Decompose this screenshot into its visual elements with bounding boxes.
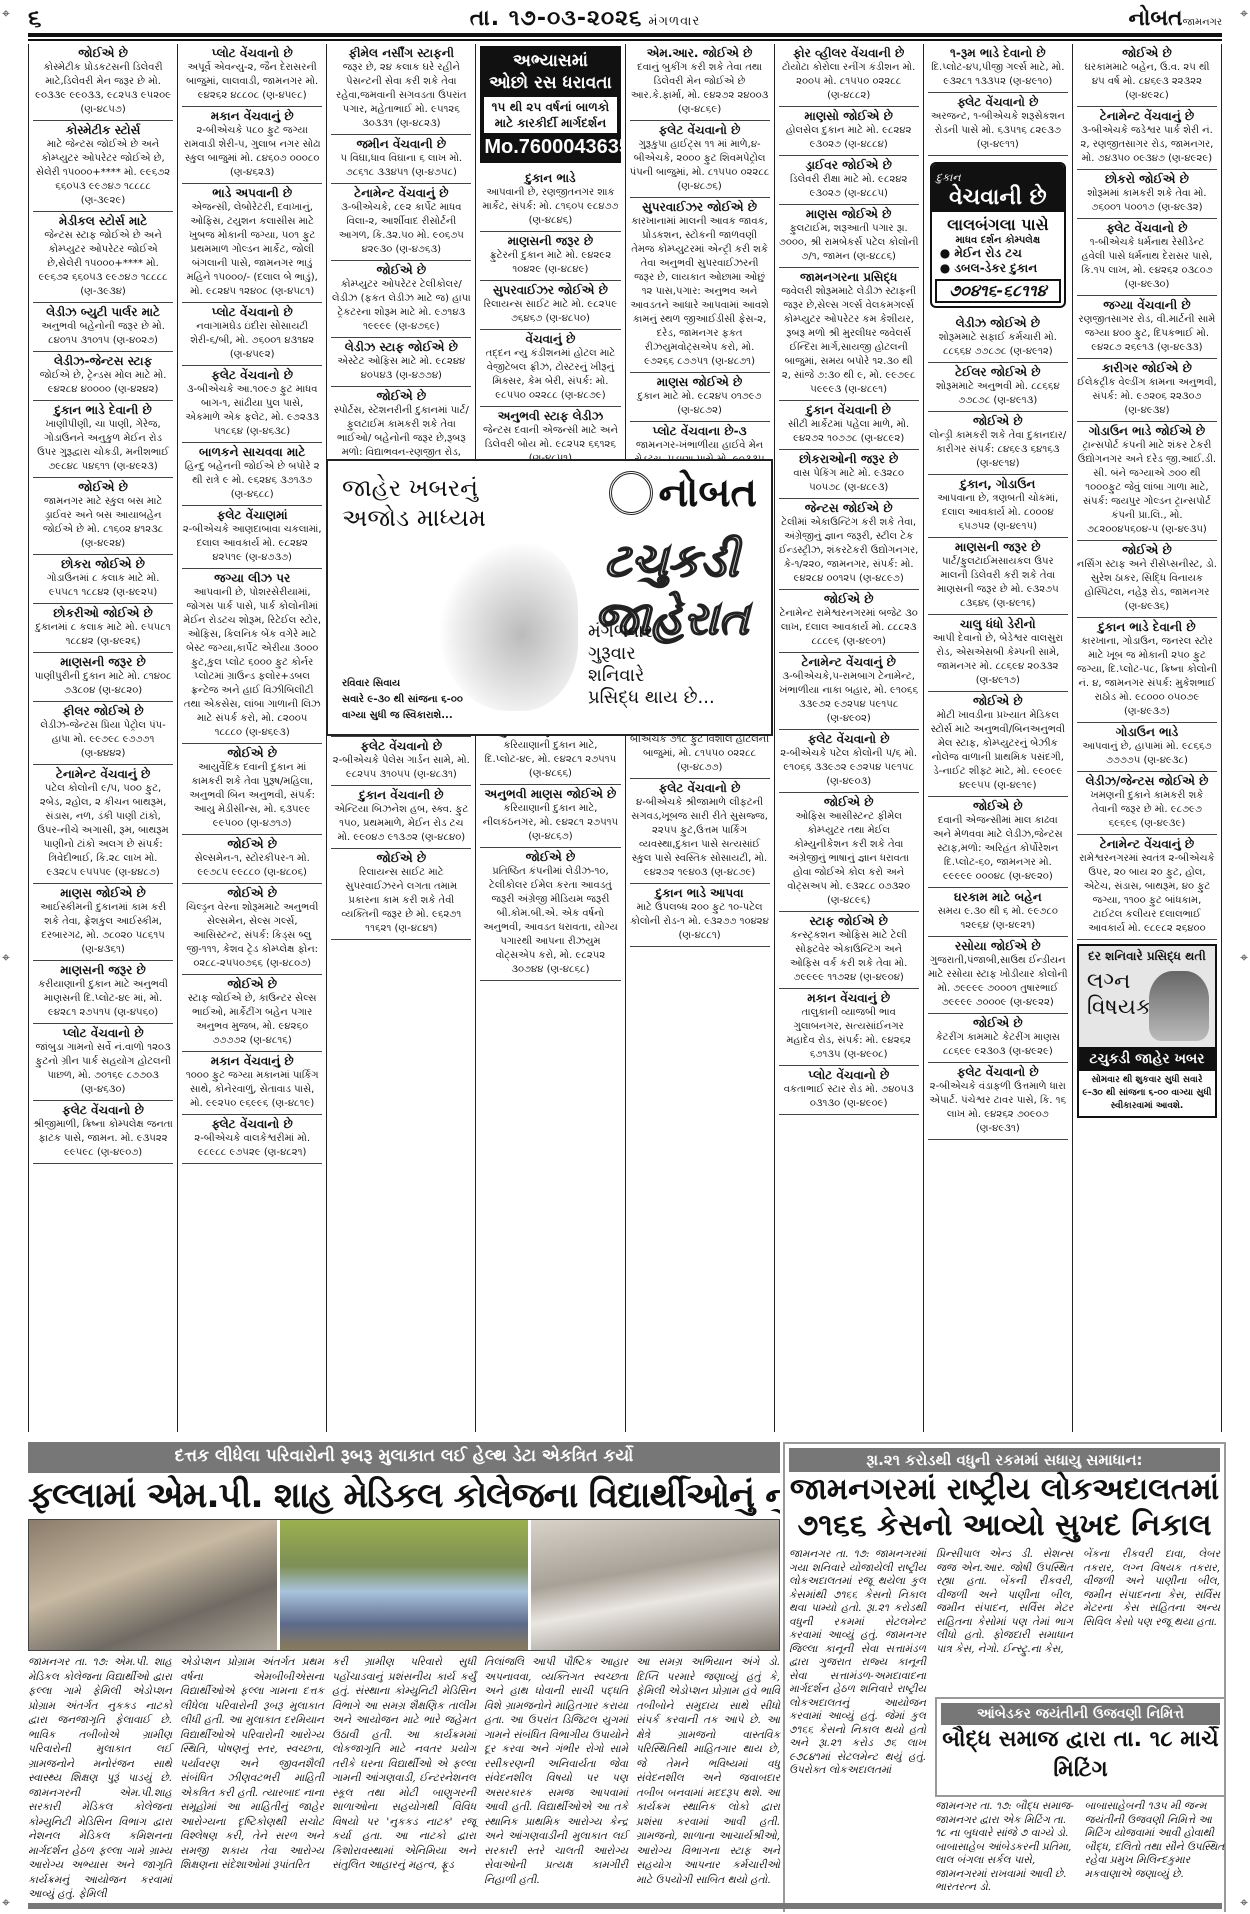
- ad-title: છોકરીઓ જોઈએ છે: [33, 606, 173, 621]
- classified-ad: જોઈએ છેઓફિસ આસીસ્ટન્ટ ફીમેલ કોમ્પ્યુટર ત…: [779, 793, 919, 912]
- ad-body: માટે ઉપલબ્ધ ૨૦૦ ફુટ ૧૦-પટેલ કોલોની રોડ-૧…: [630, 901, 770, 943]
- ad-title: દુકાન ભાડે આપવા: [630, 886, 770, 901]
- ad-body: વકતાભાઈ સ્ટાર રોડ મો. ૭૪૦૫૩ ૦૩૧૩૦ (ણ-૪૯૦…: [779, 1083, 919, 1111]
- ad-title: ફીમેલ નર્સીંગ સ્ટાફની: [331, 46, 471, 61]
- ad-body: શોરૂમમાટે અનુભવી મો. ૮૮૬૬૪ ૭૭૮૭૮ (ણ-૪૯૧૩…: [928, 380, 1068, 408]
- story-kicker: રૂા.૨૧ કરોડથી વધુની રકમમાં સધાયુ સમાધાન:: [789, 1448, 1220, 1472]
- ad-body: ૩-બીએચકે જડેશ્વર પાર્ક શેરી નં. ૨, રણજીત…: [1077, 124, 1217, 166]
- classified-ad: માણસ જોઈએ છેઆઈસ્કીમની દુકાનમાં કામ કરી શ…: [33, 884, 173, 961]
- ad-body: ૩-બીએચકે,૫-રામબાગ ટેનામેન્ટ, ખંભાળીયા ના…: [779, 670, 919, 726]
- ad-body: જરૂર છે, ૨૪ કલાક ઘરે રહીને પેસન્ટની સેવા…: [331, 61, 471, 131]
- ad-body: ચિલ્ડ્રન વેરના શોરૂમમાટે અનુભવી સેલ્સમેન…: [182, 901, 322, 971]
- ad-body: આયુર્વેદિક દવાની દુકાન માં કામકરી શકે તે…: [182, 761, 322, 831]
- classified-ad: મેડીકલ સ્ટોર્સ માટેજેન્ટસ સ્ટાફ જોઈએ છે …: [33, 212, 173, 303]
- ad-body: તદ્દન ન્યુ કંડીશનમાં હોટલ માટે વેજીટેબલ …: [480, 347, 620, 403]
- registration-mark-icon: ⌖: [1240, 950, 1248, 966]
- ad-body: જવેલરી શોરૂમમાટે લેડીઝ સ્ટાફની જરૂર છે,સ…: [779, 285, 919, 397]
- ad-body: રિલાયન્સ સાઈટ માટે મો. ૯૮૨૫૯ ૭૬૪૬૭ (ણ-૪૮…: [480, 298, 620, 326]
- ad-body: માટે જેન્ટસ જોઈએ છે અને કોમ્પ્યુટર ઓપરેટ…: [33, 138, 173, 208]
- ad-body: પ્રતિષ્ઠિત કંપનીમાં લેડીઝ-૧૦, ટેલીકોલર ઈ…: [480, 865, 620, 977]
- classified-ad: માણસની જરૂર છેકરીયાણાની દુકાન માટે અનુભવ…: [33, 961, 173, 1024]
- classified-ad: જોઈએ છેકોસ્મેટીક પ્રોડકટસની ડિલેવરી માટે…: [33, 44, 173, 121]
- ad-title: માણસો જોઈએ છે: [779, 109, 919, 124]
- ad-body: ટ્રાન્સપોર્ટ કંપની માટે શંકર ટેકરી ઉદ્યો…: [1077, 439, 1217, 537]
- classified-ad: ટેનામેન્ટ વેંચવાનું છે૩-બીએચકે,૫-રામબાગ …: [779, 653, 919, 730]
- ad-body: હિન્દુ બહેનની જોઈએ છે બપોરે ૨ થી રાત્રે …: [182, 460, 322, 502]
- ad-body: ૪-બીએચકે શ્રીજામાળે લીફટની સગવડ,ખૂબજ સાર…: [630, 796, 770, 880]
- ad-body: લોન્ડ્રી કામકરી શકે તેવા દુકાનદાર/કારીગર…: [928, 429, 1068, 471]
- classified-ad: જોઈએ છેરિલાયન્સ સાઈટ માટે સુપરવાઈઝરને લગ…: [331, 849, 471, 940]
- ad-title: માણસની જરૂર છે: [480, 234, 620, 249]
- ad-body: સ્ટાફ જોઈએ છે, કાઉન્ટર સેલ્સ ભાઈઓ, માર્ક…: [182, 992, 322, 1048]
- classified-ad: મકાન વેંચવાનું છે૨-બીએચકે ૫૮૦ ફુટ જગ્યા …: [182, 107, 322, 184]
- classified-ad: ટેનામેન્ટ વેંચવાનું છેરામેશ્વરનગરમાં સ્વ…: [1077, 835, 1217, 940]
- ad-body: ૨-બીએચકે વંડાફળી ઉત્તમાળે ધારા એપાર્ટ. પ…: [928, 1080, 1068, 1136]
- issue-date: તા. ૧૭-૦૩-૨૦૨૬મંગળવાર: [470, 6, 700, 31]
- ad-body: ઘરકામમાટે બહેન, ઉ.વ. ૨૫ થી ૪૫ વર્ષ મો. ૮…: [1077, 61, 1217, 103]
- classified-ad: પ્લોટ વેંચવાનો છેઅપૂર્વ એવન્યુ-૨, જૈન દે…: [182, 44, 322, 107]
- ad-title: જોઈએ છે: [331, 389, 471, 404]
- ad-title: મકાન વેંચવાનું છે: [182, 1054, 322, 1069]
- ad-title: જોઈએ છે: [33, 480, 173, 495]
- ad-body: આપી દેવાનો છે, બેડેશ્વર વાલસુરા રોડ, એસએ…: [928, 632, 1068, 688]
- classified-ad: દુકાન વેંચવાની છેસીટી માર્કેટમાં પહેલા મ…: [779, 401, 919, 450]
- ad-body: ગુરૂકુપા હાઈટ્સ ૧૧ માં માળે,૪-બીએચકે, ૨૦…: [630, 138, 770, 194]
- classified-ad: જોઈએ છેનર્સિંગ સ્ટાફ અને રીસેપ્સનીસ્ટ, ડ…: [1077, 541, 1217, 618]
- ad-title: લેડીઝ સ્ટાફ જોઈએ છે: [331, 340, 471, 355]
- ad-title: જોઈએ છે: [1077, 46, 1217, 61]
- ad-body: દવાનું બુકીંગ કરી શકે તેવા તથા ડિલેવરી મ…: [630, 61, 770, 117]
- ad-title: જોઈએ છે: [331, 851, 471, 866]
- ad-title: સુપરવાઈઝર જોઈએ છે: [480, 283, 620, 298]
- ad-title: માણસની જરૂર છે: [928, 540, 1068, 555]
- classified-ad: ભાડે અપવાની છેએજન્સી, લેબોરેટરી, દવાખાનુ…: [182, 184, 322, 303]
- classified-ad: જામનગરના પ્રસિદ્ધજવેલરી શોરૂમમાટે લેડીઝ …: [779, 268, 919, 401]
- ad-title: દુકાન ભાડે: [480, 171, 620, 186]
- ad-title: જોઈએ છે: [928, 694, 1068, 709]
- classified-ad: ફલેટ વેંચવાનો છે૨-બીએચકે પટેલ કોલોની ૫/૬…: [779, 730, 919, 793]
- ad-body: ટેલીમાં એકાઉન્ટિંગ કરી શકે તેવા, અંગ્રેજ…: [779, 516, 919, 586]
- ad-body: સીટી માર્કેટમાં પહેલા માળે, મો. ૯૪૨૭૨ ૧૦…: [779, 418, 919, 446]
- ad-body: જામનગર માટે સ્કુલ બસ માટે ડ્રાઈવર અને બસ…: [33, 495, 173, 551]
- ad-title: જોઈએ છે: [779, 795, 919, 810]
- ad-title: જમીન વેંચવાની છે: [331, 137, 471, 152]
- ad-body: દુકાન માટે મો. ૯૮૨૪૫ ૦૧૭૯૭ (ણ-૪૮૭૨): [630, 390, 770, 418]
- classified-ad: માણસ જોઈએ છેદુકાન માટે મો. ૯૮૨૪૫ ૦૧૭૯૭ (…: [630, 373, 770, 422]
- classified-column: પ્લોટ વેંચવાનો છેઅપૂર્વ એવન્યુ-૨, જૈન દે…: [178, 44, 327, 1432]
- ad-title: કોસ્મેટીક સ્ટોર્સ: [33, 123, 173, 138]
- ad-title: ચાલુ ધંધો ડેરીનો: [928, 617, 1068, 632]
- ad-body: ૧૦૦૦ ફુટ જગ્યા મકાનમાં પાર્કિંગ સાથે, કો…: [182, 1069, 322, 1111]
- photo-students-group: [280, 1520, 528, 1650]
- ad-title: લેડીઝ બ્યુટી પાર્લર માટે: [33, 305, 173, 320]
- classified-ad: માણસ જોઈએ છેફુલટાઈમ, શરૂઆતી પગાર રૂા. ૭૦…: [779, 205, 919, 268]
- ad-title: ઘરકામ માટે બહેન: [928, 890, 1068, 905]
- classified-ad: ટેનામેન્ટ વેંચવાનું છે૩-બીએચકે જડેશ્વર પ…: [1077, 107, 1217, 170]
- ad-body: દુકાનમાં ૮ કલાક માટે મો. ૯૫૫૮૧ ૧૮૮૪૨ (ણ-…: [33, 621, 173, 649]
- story-headline: જામનગરમાં રાષ્ટ્રીય લોકઅદાલતમાં ૭૧૬૬ કેસ…: [789, 1472, 1220, 1544]
- ad-title: મકાન વેંચવાનું છે: [182, 109, 322, 124]
- ad-body: દવાની એજન્સીમાં માલ કાઢવા અને મેળવવા માટ…: [928, 814, 1068, 884]
- photo-home-visit: [29, 1520, 277, 1650]
- classified-ad: ટેનામેન્ટ વેંચવાનું છેપટેલ કોલોની ૯/૫, ૫…: [33, 765, 173, 884]
- classified-ad: ચાલુ ધંધો ડેરીનોઆપી દેવાનો છે, બેડેશ્વર …: [928, 615, 1068, 692]
- ad-title: રસોયા જોઈએ છે: [928, 939, 1068, 954]
- ad-body: ટેનામેન્ટ રામેશ્વરનગરમાં બજેટ ૩૦ લાખ, દલ…: [779, 607, 919, 649]
- ad-title: ટેનામેન્ટ વેંચવાનું છે: [779, 655, 919, 670]
- classified-ad: દુકાન ભાડેઆપવાની છે, રણજીતનગર શાક માર્કે…: [480, 169, 620, 232]
- story-headline: બૌદ્ધ સમાજ દ્વારા તા. ૧૮ માર્ચે મિટિંગ: [941, 1725, 1220, 1785]
- ad-body: નર્સિંગ સ્ટાફ અને રીસેપ્સનીસ્ટ, ડો. સુરે…: [1077, 558, 1217, 614]
- banner-tagline: જાહેર ખબરનું અજોડ માધ્યમ: [342, 473, 486, 533]
- classified-ad: છોકરીઓ જોઈએ છેદુકાનમાં ૮ કલાક માટે મો. ૯…: [33, 604, 173, 653]
- classified-ad: ડ્રાઈવર જોઈએ છેડિલેવરી રીક્ષા માટે મો. ૯…: [779, 156, 919, 205]
- classified-ad: માણસની જરૂર છેપાર્ટ/ફુલટાઈમસાયકલ ઉપર માલ…: [928, 538, 1068, 615]
- story-photos: [28, 1519, 780, 1651]
- classified-ad: લેડીઝ-જેન્ટસ સ્ટાફજોઈએ છે, ટ્રેન્ડસ મોલ …: [33, 352, 173, 401]
- ad-body: ફ્રુટેરની દુકાન માટે મો. ૯૪૨૯૨ ૧૦૪૨૯ (ણ-…: [480, 249, 620, 277]
- ad-body: આઈસ્કીમની દુકાનમાં કામ કરી શકે તેવા, ફ્ર…: [33, 901, 173, 957]
- classified-ad: લેડીઝ જોઈએ છેશોરૂમમાટે સફાઈ કર્મચારી મો.…: [928, 314, 1068, 363]
- ad-title: અનુભવી સ્ટાફ લેડીઝ: [480, 409, 620, 424]
- ad-body: ડિલેવરી રીક્ષા માટે મો. ૯૮૨૪૨ ૯૩૦૨૭ (ણ-૪…: [779, 173, 919, 201]
- career-ad-phone: Mo.7600043635: [484, 136, 616, 159]
- ad-body: સેલ્સમેન-૧, સ્ટોરકીપર-૧ મો. ૯૯૭૮૫ ૯૯૮૮૦ …: [182, 852, 322, 880]
- ad-body: કરિયાણાની દુકાન માટે, દિ.પ્લોટ-૪૯, મો. ૯…: [480, 739, 620, 781]
- classified-ad: વેંચવાનું છેતદ્દન ન્યુ કંડીશનમાં હોટલ મા…: [480, 330, 620, 407]
- ad-title: જોઈએ છે: [182, 886, 322, 901]
- ad-body: ૩-બીએચકે, ૮૯૨ કાર્પેટ માધવ વિલા-૨, આર્શી…: [331, 201, 471, 257]
- story-ambedkar-meeting: આંબેડકર જયંતીની ઉજવણી નિમિત્તે બૌદ્ધ સમા…: [935, 1697, 1226, 1797]
- ad-title: ફલેટ વેંચવાનો છે: [630, 781, 770, 796]
- ad-body: અપૂર્વ એવન્યુ-૨, જૈન દેરાસરની બાજુમાં, લ…: [182, 61, 322, 103]
- ad-title: ડ્રાઈવર જોઈએ છે: [779, 158, 919, 173]
- ad-title: દુકાન વેંચવાની છે: [779, 403, 919, 418]
- ad-body: પટેલ કોલોની ૯/૫, ૫૦૦ ફુટ, ૨બેડ, ૨હોલ, ૨ …: [33, 782, 173, 880]
- ad-body: ૨-બીએચકે વાલકેશ્વરીમાં મો. ૯૮૯૮૮ ૯૭૫૨૯ (…: [182, 1132, 322, 1160]
- ad-title: જામનગરના પ્રસિદ્ધ: [779, 270, 919, 285]
- ad-title: પ્લોટ વેંચવાનો છે: [182, 46, 322, 61]
- ad-body: કરિયાણાની દુકાન માટે, નીલકંઠનગર, મો. ૯૪૨…: [480, 802, 620, 844]
- classified-ad: દુકાન ભાડે આપવામાટે ઉપલબ્ધ ૨૦૦ ફુટ ૧૦-પટ…: [630, 884, 770, 947]
- ad-title: ટેનામેન્ટ વેંચવાનું છે: [1077, 109, 1217, 124]
- ad-title: દુકાન વેંચવાની છે: [331, 788, 471, 803]
- photo-awareness-poster: [531, 1520, 779, 1650]
- ad-body: નવાગામઘેડ ઇંદીરા સોસાયટી શેરી-૬/બી, મો. …: [182, 320, 322, 362]
- newspaper-logo: નોબતજામનગર: [1129, 5, 1223, 31]
- registration-mark-icon: ⌖: [2, 1895, 10, 1911]
- classifieds-grid: જોઈએ છેકોસ્મેટીક પ્રોડકટસની ડિલેવરી માટે…: [28, 44, 1222, 1432]
- classified-ad: રસોયા જોઈએ છેગુજરાતી,પંજાબી,સાઉથ ઈન્ડીયન…: [928, 937, 1068, 1014]
- ad-title: પ્લોટ વેંચવાનો છે: [33, 1026, 173, 1041]
- ad-title: માણસની જરૂર છે: [33, 963, 173, 978]
- classified-ad: સુપરવાઈઝર જોઈએ છેરિલાયન્સ સાઈટ માટે મો. …: [480, 281, 620, 330]
- ad-body: કારખાનામાં માલની આવક જાવક, પ્રોડકશન, સ્ટ…: [630, 215, 770, 369]
- classified-ad: જોઈએ છેપ્રતિષ્ઠિત કંપનીમાં લેડીઝ-૧૦, ટેલ…: [480, 848, 620, 981]
- classified-ad: દુકાન ભાડે દેવાની છેખાણીપીણી, ચા પાણી, ગ…: [33, 401, 173, 478]
- ad-body: તાલુકાની વ્યાજબી ભાવ ગુલાબનગર, સત્યસાંઈન…: [779, 1006, 919, 1062]
- bullet-icon: ● ડબલ-ડેકર દુકાન: [940, 261, 1064, 276]
- ad-body: ફુલટાઈમ, શરૂઆતી પગાર રૂા. ૭૦૦૦, શ્રી રામ…: [779, 222, 919, 264]
- ad-title: માણસ જોઈએ છે: [630, 375, 770, 390]
- classified-ad: જમીન વેંચવાની છે૫ વિઘા,ધાવ વિઘાના ૬ લાખ …: [331, 135, 471, 184]
- ad-title: ફ્લેટ વેંચવાનો છે: [928, 95, 1068, 110]
- classified-ad: જોઈએ છેકોમ્પ્યુટર ઓપરેટર ટેલીકોલર/લેડીઝ …: [331, 261, 471, 338]
- registration-mark-icon: ⌖: [2, 950, 10, 966]
- classified-ad: ફલેટ વેંચવાનો છે૨-બીએચકે વંડાફળી ઉત્તમાળ…: [928, 1063, 1068, 1140]
- classified-ad: જગ્યા વેંચવાની છેરણજીતસાગર રોડ, વી.માર્ટ…: [1077, 296, 1217, 359]
- ad-body: પાણીપુરીની દુકાન માટે મો. ૮૧૪૦૮ ૭૩૮૦૪ (ણ…: [33, 670, 173, 698]
- classified-ad: લેડીઝ/જેન્ટસ જોઈએ છેખમણની દુકાને કામકરી …: [1077, 772, 1217, 835]
- classified-ad: છોકરો જોઈએ છેશોરૂમમાં કામકરી શકે તેવા મો…: [1077, 170, 1217, 219]
- ad-title: દુકાન, ગોડાઉન: [928, 477, 1068, 492]
- classified-ad: માણસો જોઈએ છેહોલસેલ દુકાન માટે મો. ૯૮૨૪૨…: [779, 107, 919, 156]
- ad-title: માણસ જોઈએ છે: [33, 886, 173, 901]
- ad-title: ગોડાઉન ભાડે જોઈએ છે: [1077, 424, 1217, 439]
- classified-ad: છોકરાઓની જરૂર છેવાસ પેકિંગ માટે મો. ૯૩૨૮…: [779, 450, 919, 499]
- classified-ad: ટેનામેન્ટ વેંચવાનું છે૩-બીએચકે, ૮૯૨ કાર્…: [331, 184, 471, 261]
- classified-column: જોઈએ છેઘરકામમાટે બહેન, ઉ.વ. ૨૫ થી ૪૫ વર્…: [1073, 44, 1222, 1432]
- classified-ad: જોઈએ છેઘરકામમાટે બહેન, ઉ.વ. ૨૫ થી ૪૫ વર્…: [1077, 44, 1217, 107]
- ad-body: કેટરીંગ કામમાટે કેટરીંગ માણસ ૮૮૬૯૯ ૯૨૩૦૩…: [928, 1031, 1068, 1059]
- classified-ad: જગ્યા લીઝ પરઆપવાની છે, પોશરસેરીયામાં, જો…: [182, 569, 322, 744]
- ad-title: ફલેટ વેંચવાનો છે: [928, 1065, 1068, 1080]
- banner-logo: નોબત: [609, 469, 757, 516]
- ad-title: માણસની જરૂર છે: [33, 655, 173, 670]
- ad-body: હોલસેલ દુકાન માટે મો. ૯૮૨૪૨ ૯૩૦૨૭ (ણ-૪૮૮…: [779, 124, 919, 152]
- ad-title: ફલેટ વેંચાણમાં: [182, 508, 322, 523]
- classified-column: ૧-રૂમ ભાડે દેવાનો છેદિ.પ્લોટ-૪૫,પીજી ગર્…: [924, 44, 1073, 1432]
- ad-title: ફલેટ વેંચવાનો છે: [331, 739, 471, 754]
- ad-title: બાળકને સાચવવા માટે: [182, 445, 322, 460]
- classified-ad: ફલેટ વેંચવાનો છેગુરૂકુપા હાઈટ્સ ૧૧ માં મ…: [630, 121, 770, 198]
- shop-for-sale-ad: દુકાનવેચવાની છેલાલબંગલા પાસેમાધવ દર્શન ક…: [930, 162, 1066, 308]
- ad-body: વાસ પેકિંગ માટે મો. ૯૩૨૮૦ ૫૦૫૭૮ (ણ-૪૮૯૩): [779, 467, 919, 495]
- classified-ad: જોઈએ છેસ્ટાફ જોઈએ છે, કાઉન્ટર સેલ્સ ભાઈઓ…: [182, 975, 322, 1052]
- ad-title: ફ્લેટ વેંચવાનો છે: [1077, 221, 1217, 236]
- registration-mark-icon: ⌖: [1240, 6, 1248, 22]
- registration-mark-icon: ⌖: [2, 6, 10, 22]
- ad-title: ફોર વ્હીલર વેંચવાની છે: [779, 46, 919, 61]
- ad-body: રિલાયન્સ સાઈટ માટે સુપરવાઈઝરને લગતા તમામ…: [331, 866, 471, 936]
- ad-title: છોકરાઓની જરૂર છે: [779, 452, 919, 467]
- city-label: જામનગર: [1183, 17, 1222, 28]
- ad-title: જગ્યા લીઝ પર: [182, 571, 322, 586]
- ad-title: ફ્લેટ વેંચવાનો છે: [182, 1117, 322, 1132]
- ad-body: શ્રીજીમાળી, ક્રિષ્ના કોમ્પલેક્ષ જનતા ફાટ…: [33, 1118, 173, 1160]
- drummer-emblem-icon: [609, 471, 653, 515]
- classified-ad: માણસની જરૂર છેપાણીપુરીની દુકાન માટે મો. …: [33, 653, 173, 702]
- classified-ad: જોઈએ છેલોન્ડ્રી કામકરી શકે તેવા દુકાનદાર…: [928, 412, 1068, 475]
- ad-body: એસ્ટેટ ઓફિસ માટે મો. ૯૮૨૪૪ ૪૦૫૪૩ (ણ-૪૭૭૪…: [331, 355, 471, 383]
- publication-days: મંગળવાર ગુરૂવાર શનિવારે પ્રસિદ્ધ થાય છે.…: [588, 621, 715, 709]
- ad-title: છોકરા જોઈએ છે: [33, 557, 173, 572]
- story-headline: ફલ્લામાં એમ.પી. શાહ મેડિકલ કોલેજના વિદ્ય…: [28, 1473, 780, 1519]
- classified-ad: અનુભવી માણસ જોઈએ છેકરિયાણાની દુકાન માટે,…: [480, 785, 620, 848]
- ad-body: શોરૂમમાં કામકરી શકે તેવા મો. ૭૬૦૦૧ ૫૦૦૧૭…: [1077, 187, 1217, 215]
- classified-ad: પ્લોટ વેંચવાનો છેવકતાભાઈ સ્ટાર રોડ મો. ૭…: [779, 1066, 919, 1115]
- ad-title: લેડીઝ-જેન્ટસ સ્ટાફ: [33, 354, 173, 369]
- classified-ad: સુપરવાઈઝર જોઈએ છેકારખાનામાં માલની આવક જા…: [630, 198, 770, 373]
- ad-title: મકાન વેંચવાનું છે: [779, 991, 919, 1006]
- ad-title: ટેનામેન્ટ વેંચવાનું છે: [1077, 837, 1217, 852]
- masthead: ૬ તા. ૧૭-૦૩-૨૦૨૬મંગળવાર નોબતજામનગર: [28, 4, 1222, 32]
- ad-body: ૨-બીએચકે પટેલ કોલોની ૫/૬ મો. ૯૧૦૬૬ ૩૩૯૭૨…: [779, 747, 919, 789]
- classified-ad: ફ્લેટ વેંચવાનો છે૨-બીએચકે વાલકેશ્વરીમાં …: [182, 1115, 322, 1164]
- ad-body: રણજીતસાગર રોડ, વી.માર્ટની સામે જગ્યા ૪૦૦…: [1077, 313, 1217, 355]
- ad-title: જોઈએ છે: [779, 592, 919, 607]
- story-body: જામનગર તા. ૧૭: એમ.પી. શાહ મેડિકલ કોલેજના…: [28, 1651, 780, 1902]
- ad-title: જોઈએ છે: [928, 799, 1068, 814]
- ad-body: જાંબુડા ગામનો સર્વે નં.વાળો ૧૨૦૩ ફુટનો ગ…: [33, 1041, 173, 1097]
- ad-body: ખાણીપીણી, ચા પાણી, ગેરેજ, ગોડાઉનને અનુકુ…: [33, 418, 173, 474]
- classified-ad: જોઈએ છેટેનામેન્ટ રામેશ્વરનગરમાં બજેટ ૩૦ …: [779, 590, 919, 653]
- ad-body: ૨-બીએચકે આણદાબાવા ચકલામાં, દલાલ આવકાર્ય …: [182, 523, 322, 565]
- classified-ad: ફ્લેટ વેંચવાનો છે૧-બીએચકે ધર્મનાથ રેસીડે…: [1077, 219, 1217, 296]
- ad-title: ફલેટ વેંચવાનો છે: [779, 732, 919, 747]
- registration-mark-icon: ⌖: [1240, 1895, 1248, 1911]
- page-number: ૬: [28, 4, 41, 32]
- ad-title: ૧-રૂમ ભાડે દેવાનો છે: [928, 46, 1068, 61]
- classified-ad: ફ્લેટ વેંચવાનો છેઅરજન્ટ, ૧-બીએચકે શરૂસેક…: [928, 93, 1068, 156]
- classified-ad: જોઈએ છેમોટી ખાવડીના પ્રખ્યાત મેડિકલ સ્ટો…: [928, 692, 1068, 797]
- classified-column: ફોર વ્હીલર વેંચવાની છેટોયોટા કોરોલા રનીં…: [775, 44, 924, 1432]
- classified-column: એમ.આર. જોઈએ છેદવાનું બુકીંગ કરી શકે તેવા…: [626, 44, 775, 1432]
- ad-title: સુપરવાઈઝર જોઈએ છે: [630, 200, 770, 215]
- ad-body: રામેશ્વરનગરમાં સ્વતંત્ર ૨-બીએચકે ઉપર, ૨૦…: [1077, 852, 1217, 936]
- classified-ad: દુકાન, ગોડાઉનઆપવાના છે, ત્રણબતી ચોકમાં, …: [928, 475, 1068, 538]
- ad-body: લેડીઝ-જેન્ટસ પ્રિયા પેટ્રોલ પંપ-હાપા મો.…: [33, 719, 173, 761]
- classified-ad: જોઈએ છેદવાની એજન્સીમાં માલ કાઢવા અને મેળ…: [928, 797, 1068, 888]
- ad-body: દિ.પ્લોટ-૪૫,પીજી ગર્લ્સ માટે, મો. ૯૩૨૮૧ …: [928, 61, 1068, 89]
- ad-title: જોઈએ છે: [182, 977, 322, 992]
- classified-ad: ઘરકામ માટે બહેનસમય ૯.૩૦ થી ૬ મો. ૯૯૭૮૦ ૧…: [928, 888, 1068, 937]
- ad-body: કોસ્મેટીક પ્રોડકટસની ડિલેવરી માટે,ડિલેવર…: [33, 61, 173, 117]
- couple-illustration-icon: [1149, 971, 1209, 1041]
- ad-body: એજન્સી, લેબોરેટરી, દવાખાનું, ઓફિસ, ટયુશન…: [182, 201, 322, 299]
- ad-body: ૨-બીએચકે ૫૮૦ ફુટ જગ્યા રામવાડી શેરી-૫, ગ…: [182, 124, 322, 180]
- classified-ad: માણસની જરૂર છેફ્રુટેરની દુકાન માટે મો. ૯…: [480, 232, 620, 281]
- ad-body: કન્સ્ટ્રકશન ઓફિસ માટે ટેલી સોફ્ટવેર એકાઉ…: [779, 929, 919, 985]
- ad-title: સ્ટાફ જોઈએ છે: [779, 914, 919, 929]
- ad-body: કારખાના, ગોડાઉન, જનરલ સ્ટોર માટે ખૂબ જ મ…: [1077, 635, 1217, 719]
- ad-body: અનુભવી બહેનોની જરૂર છે મો. ૮૪૦૧૫ ૩૧૦૧૫ (…: [33, 320, 173, 348]
- ad-title: એમ.આર. જોઈએ છે: [630, 46, 770, 61]
- ad-body: ઈલેકટ્રીક વેલ્ડીંગ કામના અનુભવી, સંપર્ક:…: [1077, 376, 1217, 418]
- bullet-icon: ● મેઈન રોડ ટચ: [940, 246, 1064, 261]
- classified-ad: દુકાન વેંચવાની છેએન્ટિયા બિઝનેશ હબ, સ્ક્…: [331, 786, 471, 849]
- classified-ad: એમ.આર. જોઈએ છેદવાનું બુકીંગ કરી શકે તેવા…: [630, 44, 770, 121]
- story-kicker: આંબેડકર જયંતીની ઉજવણી નિમિત્તે: [941, 1703, 1220, 1725]
- classified-ad: કારીગર જોઈએ છેઈલેકટ્રીક વેલ્ડીંગ કામના અ…: [1077, 359, 1217, 422]
- matrimonial-classifieds-ad: દર શનિવારે પ્રસિદ્ધ થતીલગ્નવિષયકટચુકડી જ…: [1077, 944, 1217, 1118]
- ad-body: ૧-બીએચકે ધર્મનાથ રેસીડેન્ટ હવેલી પાસે ધર…: [1077, 236, 1217, 292]
- ad-body: ગુજરાતી,પંજાબી,સાઉથ ઈન્ડીયન માટે રસોયા સ…: [928, 954, 1068, 1010]
- classified-ad: જોઈએ છેસેલ્સમેન-૧, સ્ટોરકીપર-૧ મો. ૯૯૭૮૫…: [182, 835, 322, 884]
- ad-title: જોઈએ છે: [331, 263, 471, 278]
- ad-title: ટેનામેન્ટ વેંચવાનું છે: [33, 767, 173, 782]
- ad-title: પ્લોટ વેંચવાનો છે: [779, 1068, 919, 1083]
- ad-title: ફીલર જોઈએ છે: [33, 704, 173, 719]
- masthead-rule: [28, 39, 1222, 41]
- classified-ad: લેડીઝ બ્યુટી પાર્લર માટેઅનુભવી બહેનોની જ…: [33, 303, 173, 352]
- ad-title: પ્લોટ વેંચવાનો છે: [182, 305, 322, 320]
- ad-body: મોટી ખાવડીના પ્રખ્યાત મેડિકલ સ્ટોર્સ માટ…: [928, 709, 1068, 793]
- ad-body: ૩-બીએચકે આ.૧૦૯૭ ફુટ માધવ બાગ-૧, સાંઢીયા …: [182, 383, 322, 439]
- ad-body: ટોયોટા કોરોલા રનીંગ કંડીશન મો. ૨૦૦૫ મો. …: [779, 61, 919, 103]
- ad-body: આપવાની છે, રણજીતનગર શાક માર્કેટ, સંપર્ક:…: [480, 186, 620, 228]
- ad-title: જોઈએ છે: [33, 46, 173, 61]
- ad-body: ૫ વિઘા,ધાવ વિઘાના ૬ લાખ મો. ૭૮૬૧૮ ૩૩૪૫૧ …: [331, 152, 471, 180]
- shop-ad-phone: ૭૦૪૧૬-૬૮૧૧૪: [935, 279, 1061, 303]
- ad-body: કરીયાણાની દુકાન માટે અનુભવી માણસની દિ.પ્…: [33, 978, 173, 1020]
- classified-ad: મકાન વેંચવાનું છેતાલુકાની વ્યાજબી ભાવ ગુ…: [779, 989, 919, 1066]
- classified-ad: બાળકને સાચવવા માટેહિન્દુ બહેનની જોઈએ છે …: [182, 443, 322, 506]
- classified-ad: છોકરા જોઈએ છેગોડાઉનમાં ૮ કલાક માટે મો. ૯…: [33, 555, 173, 604]
- ad-title: જોઈએ છે: [928, 414, 1068, 429]
- classified-column: જોઈએ છેકોસ્મેટીક પ્રોડકટસની ડિલેવરી માટે…: [28, 44, 178, 1432]
- classified-ad: ફીમેલ નર્સીંગ સ્ટાફનીજરૂર છે, ૨૪ કલાક ઘર…: [331, 44, 471, 135]
- ad-body: જેન્ટસ સ્ટાફ જોઈએ છે અને કોમ્પ્યુટર ઓપરે…: [33, 229, 173, 299]
- ad-title: છોકરો જોઈએ છે: [1077, 172, 1217, 187]
- classified-ad: જોઈએ છેકેટરીંગ કામમાટે કેટરીંગ માણસ ૮૮૬૯…: [928, 1014, 1068, 1063]
- classified-ad: ગોડાઉન ભાડેઆપવાનું છે, હાપામાં મો. ૯૮૬૬૭…: [1077, 723, 1217, 772]
- ad-title: પ્લોટ વેંચવાના છે-૩: [630, 424, 770, 439]
- ad-body: ગોડાઉનમાં ૮ કલાક માટે મો. ૯૫૫૮૧ ૧૮૮૪૨ (ણ…: [33, 572, 173, 600]
- ad-title: જગ્યા વેંચવાની છે: [1077, 298, 1217, 313]
- ad-title: ગોડાઉન ભાડે: [1077, 725, 1217, 740]
- classified-ad: ફલેટ વેંચવાનો છે૪-બીએચકે શ્રીજામાળે લીફટ…: [630, 779, 770, 884]
- ad-body: અરજન્ટ, ૧-બીએચકે શરૂસેકશન રોડની પાસે મો.…: [928, 110, 1068, 152]
- ad-title: ટેઈલર જોઈએ છે: [928, 365, 1068, 380]
- ad-body: ૨-બીએચકે પેલેસ ગાર્ડન સામે, મો. ૯૮૨૫૫ ૩૧…: [331, 754, 471, 782]
- classified-ad: દુકાન ભાડે દેવાની છેકારખાના, ગોડાઉન, જનર…: [1077, 618, 1217, 723]
- classified-column: અભ્યાસમાંઓછો રસ ધરાવતા૧૫ થી ૨૫ વર્ષનાં બ…: [476, 44, 625, 1432]
- ad-title: ફલેટ વેંચવાનો છે: [630, 123, 770, 138]
- masthead-rule: [28, 33, 1222, 37]
- ad-title: જેન્ટસ જોઈએ છે: [779, 501, 919, 516]
- ad-body: પાર્ટ/ફુલટાઈમસાયકલ ઉપર માલની ડિલેવરી કરી…: [928, 555, 1068, 611]
- classified-ad: જોઈએ છેચિલ્ડ્રન વેરના શોરૂમમાટે અનુભવી સ…: [182, 884, 322, 975]
- classified-ad: લેડીઝ સ્ટાફ જોઈએ છેએસ્ટેટ ઓફિસ માટે મો. …: [331, 338, 471, 387]
- classified-ad: જોઈએ છેઆયુર્વેદિક દવાની દુકાન માં કામકરી…: [182, 744, 322, 835]
- ad-body: આપવાના છે, ત્રણબતી ચોકમાં, દલાલ આવકાર્ય …: [928, 492, 1068, 534]
- classified-ad: ફીલર જોઈએ છેલેડીઝ-જેન્ટસ પ્રિયા પેટ્રોલ …: [33, 702, 173, 765]
- ad-title: માણસ જોઈએ છે: [779, 207, 919, 222]
- story-kicker: દત્તક લીધેલા પરિવારોની રૂબરૂ મુલાકાત લઈ …: [28, 1442, 780, 1473]
- footer-rule: [28, 1903, 1222, 1909]
- ad-body: ખમણની દુકાને કામકરી શકે તેવાની જરૂર છે મ…: [1077, 789, 1217, 831]
- nobat-classifieds-banner: જાહેર ખબરનું અજોડ માધ્યમ નોબત ટચુકડી જાહ…: [326, 459, 773, 736]
- ad-title: ભાડે અપવાની છે: [182, 186, 322, 201]
- ad-title: જોઈએ છે: [1077, 543, 1217, 558]
- submission-hours: રવિવાર સિવાય સવારે ૯-૩૦ થી સાંજના ૬-૦૦ વ…: [342, 676, 463, 724]
- ad-title: લેડીઝ જોઈએ છે: [928, 316, 1068, 331]
- classified-column: ફીમેલ નર્સીંગ સ્ટાફનીજરૂર છે, ૨૪ કલાક ઘર…: [327, 44, 476, 1432]
- ad-title: જોઈએ છે: [182, 746, 322, 761]
- ad-body: સમય ૯.૩૦ થી ૬ મો. ૯૯૭૮૦ ૧૨૯૬૪ (ણ-૪૯૨૧): [928, 905, 1068, 933]
- ad-body: આપવાની છે, પોશરસેરીયામાં, જોગસ પાર્ક પાસ…: [182, 586, 322, 740]
- ad-title: વેંચવાનું છે: [480, 332, 620, 347]
- classified-ad: કોસ્મેટીક સ્ટોર્સમાટે જેન્ટસ જોઈએ છે અને…: [33, 121, 173, 212]
- ad-title: મેડીકલ સ્ટોર્સ માટે: [33, 214, 173, 229]
- classified-ad: ફલેટ વેંચવાનો છે૨-બીએચકે પેલેસ ગાર્ડન સા…: [331, 737, 471, 786]
- ad-body: આપવાનું છે, હાપામાં મો. ૯૮૬૬૭ ૭૭૭૭૫ (ણ-૪…: [1077, 740, 1217, 768]
- classified-ad: ગોડાઉન ભાડે જોઈએ છેટ્રાન્સપોર્ટ કંપની મા…: [1077, 422, 1217, 541]
- ad-title: જોઈએ છે: [480, 850, 620, 865]
- ad-title: ટેનામેન્ટ વેંચવાનું છે: [331, 186, 471, 201]
- ad-body: શોરૂમમાટે સફાઈ કર્મચારી મો. ૮૮૬૬૪ ૭૭૮૭૮ …: [928, 331, 1068, 359]
